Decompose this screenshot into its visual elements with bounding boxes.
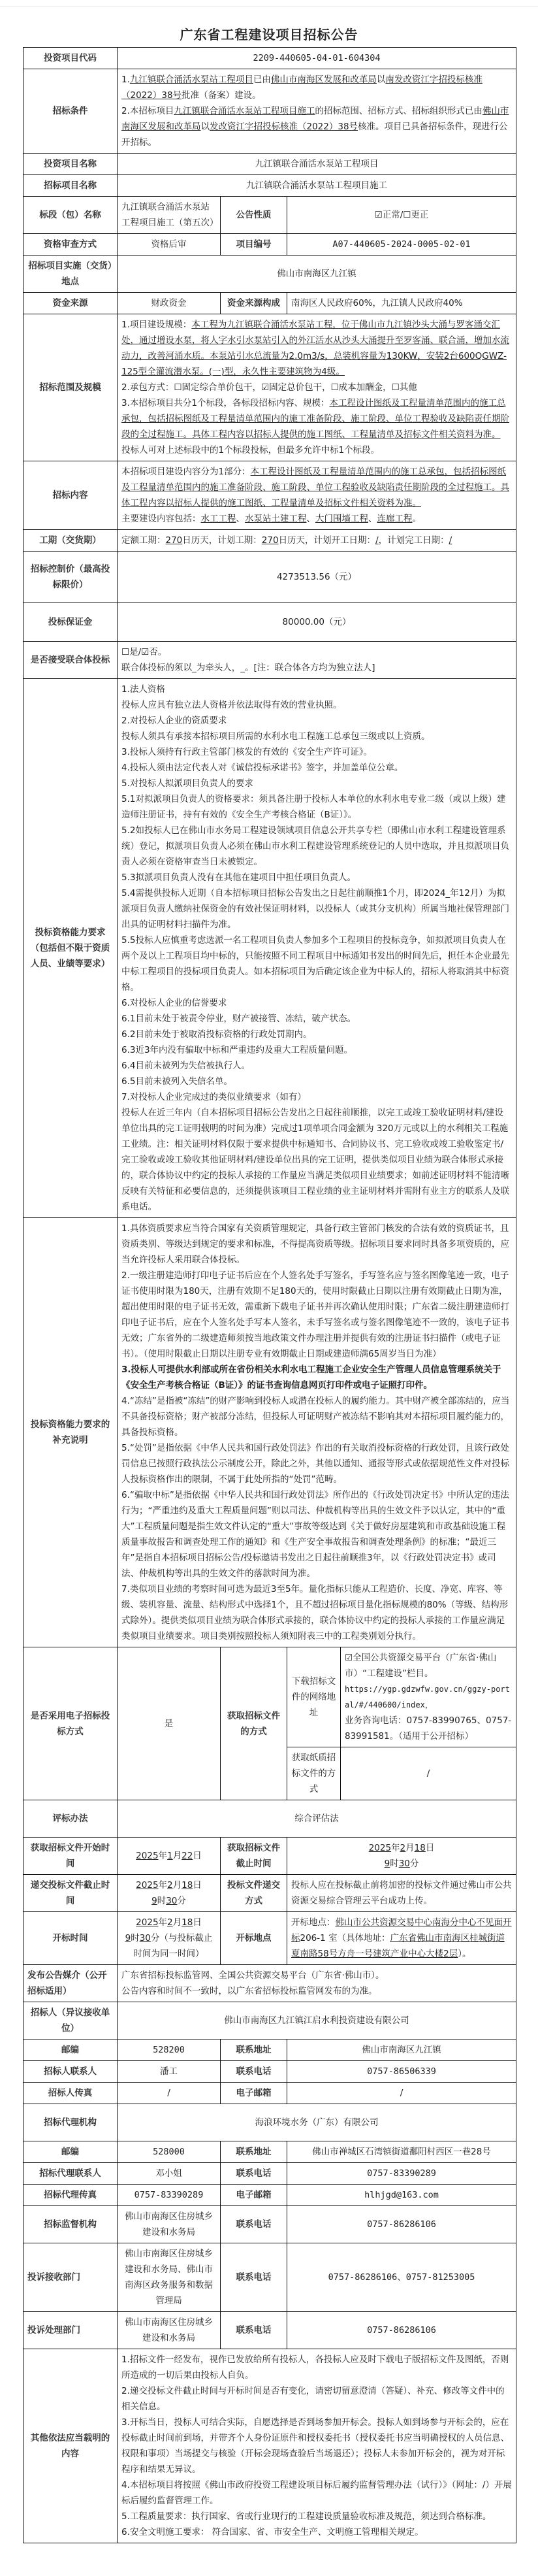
- tenderee-fax: /: [118, 2083, 221, 2104]
- row-other: 其他依法应当载明的内容 1.招标文件一经发布，视作已发放给所有投标人，各投标人应…: [24, 2349, 516, 2543]
- label: 联系地址: [221, 2039, 287, 2061]
- label: 标段（包）名称: [24, 197, 118, 234]
- label: 资金来源构成: [221, 293, 287, 314]
- row-opening: 开标时间 2025年2月18日 9时30分（与投标截止时间为同一时间） 开标地点…: [24, 1912, 516, 1965]
- row-deposit: 投标保证金 80000.00（元）: [24, 603, 516, 642]
- label: 获取纸质招标文件的方式: [287, 1747, 341, 1800]
- row-complaint-receive: 投诉接收部门 佛山市南海区住房城乡建设和水务局、佛山市南海区政务服务和数据管理局…: [24, 2243, 516, 2312]
- row-scope: 招标范围及规模 1.项目建设规模：本工程为九江镇联合涌活水泵站工程，位于佛山市九…: [24, 314, 516, 461]
- label: 邮编: [24, 2141, 118, 2163]
- label: 联系电话: [221, 2206, 287, 2243]
- label: 招标控制价（最高投标限价）: [24, 552, 118, 603]
- agency-phone: 0757-83390289: [287, 2163, 516, 2185]
- agency-address: 佛山市禅城区石湾镇街道鄱阳村西区一巷28号: [287, 2141, 516, 2163]
- label: 招标人传真: [24, 2083, 118, 2104]
- label: 投标资格能力要求（包括但不限于资质人员、业绩等要求）: [24, 679, 118, 1218]
- label: 联系电话: [221, 2061, 287, 2083]
- row-agency-contact-2: 招标代理传真 0757-83390289 电子邮箱 hlhjgd@163.com: [24, 2185, 516, 2206]
- row-evaluation: 评标办法 综合评估法: [24, 1800, 516, 1838]
- label: 项目编号: [221, 234, 287, 256]
- label: 招标代理机构: [24, 2104, 118, 2141]
- row-submit: 递交投标文件截止时间 2025年2月18日 9时30分 投标文件递交方式 投标人…: [24, 1875, 516, 1912]
- label: 下载招标文件的网络地址: [287, 1647, 341, 1747]
- location-value: 佛山市南海区九江镇: [118, 256, 516, 293]
- row-tenderee-contact-1: 招标人联系人 潘工 联系电话 0757-86506339: [24, 2061, 516, 2083]
- label: 招标条件: [24, 69, 118, 154]
- row-tenderee: 招标人（异议接收单位） 佛山市南海区九江镇江启水利投资建设有限公司: [24, 2002, 516, 2039]
- complaint-receive-phone: 0757-86286106、0757-81253005: [287, 2243, 516, 2312]
- funding-composition-value: 南海区人民政府60%，九江镇人民政府40%: [287, 293, 516, 314]
- tenderee-phone: 0757-86506339: [287, 2061, 516, 2083]
- label: 联系电话: [221, 2163, 287, 2185]
- submit-deadline: 2025年2月18日 9时30分: [118, 1875, 221, 1912]
- tender-notice-table: 投资项目代码 2209-440605-04-01-604304 招标条件 1.九…: [23, 47, 516, 2543]
- label: 电子邮箱: [221, 2185, 287, 2206]
- paper-method-value: /: [341, 1747, 516, 1800]
- scope-value: 1.项目建设规模：本工程为九江镇联合涌活水泵站工程，位于佛山市九江镇沙头大涌与罗…: [118, 314, 516, 461]
- row-funding: 资金来源 财政资金 资金来源构成 南海区人民政府60%，九江镇人民政府40%: [24, 293, 516, 314]
- content-value: 本招标项目建设内容分为1部分：本工程设计图纸及工程量清单范围内的施工总承包，包括…: [118, 461, 516, 530]
- row-duration: 工期（交货期） 定额工期：270日历天，计划工期：270日历天，计划开工日期：/…: [24, 530, 516, 552]
- label: 是否接受联合体投标: [24, 642, 118, 679]
- label: 其他依法应当载明的内容: [24, 2349, 118, 2543]
- label: 投标资格能力要求的补充说明: [24, 1218, 118, 1647]
- agency-fax: 0757-83390289: [118, 2185, 221, 2206]
- tenderee-value: 佛山市南海区九江镇江启水利投资建设有限公司: [118, 2002, 516, 2039]
- label: 获取招标文件的方式: [221, 1647, 287, 1800]
- row-tenderee-contact-0: 邮编 528200 联系地址 佛山市南海区九江镇: [24, 2039, 516, 2061]
- row-requirements: 投标资格能力要求（包括但不限于资质人员、业绩等要求） 1.法人资格 投标人应具有…: [24, 679, 516, 1218]
- section-value: 九江镇联合涌活水泵站工程项目施工（第五次）: [118, 197, 221, 234]
- label: 邮编: [24, 2039, 118, 2061]
- label: 招标代理联系人: [24, 2163, 118, 2185]
- tenderee-contact-person: 潘工: [118, 2061, 221, 2083]
- top-divider: [0, 0, 538, 7]
- label: 投资项目代码: [24, 48, 118, 69]
- row-conditions: 招标条件 1.九江镇联合涌活水泵站工程项目已由佛山市南海区发展和改革局以南发改资…: [24, 69, 516, 154]
- row-media: 发布公告媒介（公开招标适用） 广东省招标投标监管网、全国公共资源交易平台（广东省…: [24, 1965, 516, 2002]
- row-consortium: 是否接受联合体投标 ☐是/☑否。 联合体投标的须以_为牵头人，_。[注：联合体各…: [24, 642, 516, 679]
- consortium-checkboxes: ☐是/☑否。: [121, 644, 512, 660]
- label: 评标办法: [24, 1800, 118, 1838]
- tenderee-postcode: 528200: [118, 2039, 221, 2061]
- contract-type-checkboxes: 2.承包方式：☐固定综合单价包干，☑固定总价包干，☐成本加酬金，☐其他: [121, 380, 512, 395]
- label: 是否采用电子招标投标方式: [24, 1647, 118, 1800]
- label: 发布公告媒介（公开招标适用）: [24, 1965, 118, 2002]
- submit-method-value: 投标人应在投标截止前将加密的投标文件通过佛山市公共资源交易综合管理云平台成功上传…: [287, 1875, 516, 1912]
- doc-start-time: 2025年1月22日: [118, 1838, 221, 1875]
- agency-contact-person: 邓小姐: [118, 2163, 221, 2185]
- label: 工期（交货期）: [24, 530, 118, 552]
- label: 招标人联系人: [24, 2061, 118, 2083]
- label: 开标时间: [24, 1912, 118, 1965]
- deposit-value: 80000.00（元）: [118, 603, 516, 642]
- label: 投标文件递交方式: [221, 1875, 287, 1912]
- label: 递交投标文件截止时间: [24, 1875, 118, 1912]
- control-price-value: 4273513.56（元）: [118, 552, 516, 603]
- row-supervision: 招标监督机构 佛山市南海区住房城乡建设和水务局 联系电话 0757-862861…: [24, 2206, 516, 2243]
- complaint-handle-value: 佛山市南海区住房城乡建设和水务局: [118, 2312, 221, 2349]
- row-doc-time: 获取招标文件开始时间 2025年1月22日 获取招标文件截止时间 2025年2月…: [24, 1838, 516, 1875]
- duration-value: 定额工期：270日历天，计划工期：270日历天，计划开工日期：/，计划完工日期：…: [118, 530, 516, 552]
- qualification-value: 资格后审: [118, 234, 221, 256]
- agency-value: 海浪环境水务（广东）有限公司: [118, 2104, 516, 2141]
- download-info: ☑全国公共资源交易平台（广东省·佛山市）“工程建设”栏目。 https://yg…: [341, 1647, 516, 1747]
- requirements-value: 1.法人资格 投标人应具有独立法人资格并依法取得有效的营业执照。 2.对投标人企…: [118, 679, 516, 1218]
- evaluation-value: 综合评估法: [118, 1800, 516, 1838]
- electronic-value: 是: [118, 1647, 221, 1800]
- label: 招标项目名称: [24, 175, 118, 197]
- row-agency-contact-0: 邮编 528000 联系地址 佛山市禅城区石湾镇街道鄱阳村西区一巷28号: [24, 2141, 516, 2163]
- label: 招标范围及规模: [24, 314, 118, 461]
- funding-value: 财政资金: [118, 293, 221, 314]
- complaint-receive-value: 佛山市南海区住房城乡建设和水务局、佛山市南海区政务服务和数据管理局: [118, 2243, 221, 2312]
- agency-email: hlhjgd@163.com: [287, 2185, 516, 2206]
- label: 投资项目名称: [24, 154, 118, 175]
- label: 招标监督机构: [24, 2206, 118, 2243]
- supplement-value: 1.具体资质要求应当符合国家有关资质管理规定，具备行政主管部门核发的合法有效的资…: [118, 1218, 516, 1647]
- agency-postcode: 528000: [118, 2141, 221, 2163]
- opening-place-value: 开标地点：佛山市公共资源交易中心南海分中心不见面开标206-1 室（具体地址：广…: [287, 1912, 516, 1965]
- row-content: 招标内容 本招标项目建设内容分为1部分：本工程设计图纸及工程量清单范围内的施工总…: [24, 461, 516, 530]
- label: 招标代理传真: [24, 2185, 118, 2206]
- row-project-code: 投资项目代码 2209-440605-04-01-604304: [24, 48, 516, 69]
- row-control-price: 招标控制价（最高投标限价） 4273513.56（元）: [24, 552, 516, 603]
- row-supplement: 投标资格能力要求的补充说明 1.具体资质要求应当符合国家有关资质管理规定，具备行…: [24, 1218, 516, 1647]
- label: 公告性质: [221, 197, 287, 234]
- page-title: 广东省工程建设项目招标公告: [0, 24, 538, 43]
- label: 联系电话: [221, 2243, 287, 2312]
- label: 招标项目实施（交货）地点: [24, 256, 118, 293]
- conditions-value: 1.九江镇联合涌活水泵站工程项目已由佛山市南海区发展和改革局以南发改资江字招投标…: [118, 69, 516, 154]
- label: 招标人（异议接收单位）: [24, 2002, 118, 2039]
- label: 投诉处理部门: [24, 2312, 118, 2349]
- row-tender-name: 招标项目名称 九江镇联合涌活水泵站工程项目施工: [24, 175, 516, 197]
- label: 联系电话: [221, 2312, 287, 2349]
- consortium-value: ☐是/☑否。 联合体投标的须以_为牵头人，_。[注：联合体各方均为独立法人]: [118, 642, 516, 679]
- row-complaint-handle: 投诉处理部门 佛山市南海区住房城乡建设和水务局 联系电话 0757-862861…: [24, 2312, 516, 2349]
- label: 资金来源: [24, 293, 118, 314]
- project-number-value: A07-440605-2024-0005-02-01: [287, 234, 516, 256]
- row-agency-contact-1: 招标代理联系人 邓小姐 联系电话 0757-83390289: [24, 2163, 516, 2185]
- tender-name-value: 九江镇联合涌活水泵站工程项目施工: [118, 175, 516, 197]
- label: 电子邮箱: [221, 2083, 287, 2104]
- other-value: 1.招标文件一经发布，视作已发放给所有投标人，各投标人应及时下载电子版招标文件及…: [118, 2349, 516, 2543]
- label: 开标地点: [221, 1912, 287, 1965]
- project-name-value: 九江镇联合涌活水泵站工程项目: [118, 154, 516, 175]
- row-electronic: 是否采用电子招标投标方式 是 获取招标文件的方式 下载招标文件的网络地址 ☑全国…: [24, 1647, 516, 1747]
- label: 投诉接收部门: [24, 2243, 118, 2312]
- label: 获取招标文件截止时间: [221, 1838, 287, 1875]
- download-url-link[interactable]: https://ygp.gdzwfw.gov.cn/ggzy-portal/#/…: [345, 1681, 512, 1713]
- row-qualification: 资格审查方式 资格后审 项目编号 A07-440605-2024-0005-02…: [24, 234, 516, 256]
- label: 投标保证金: [24, 603, 118, 642]
- row-tenderee-contact-2: 招标人传真 / 电子邮箱 /: [24, 2083, 516, 2104]
- complaint-handle-phone: 0757-86286106: [287, 2312, 516, 2349]
- label: 获取招标文件开始时间: [24, 1838, 118, 1875]
- label: 联系地址: [221, 2141, 287, 2163]
- row-agency: 招标代理机构 海浪环境水务（广东）有限公司: [24, 2104, 516, 2141]
- row-location: 招标项目实施（交货）地点 佛山市南海区九江镇: [24, 256, 516, 293]
- project-code-value: 2209-440605-04-01-604304: [118, 48, 516, 69]
- tenderee-address: 佛山市南海区九江镇: [287, 2039, 516, 2061]
- media-value: 广东省招标投标监管网、全国公共资源交易平台（广东省·佛山市）。 公告内容和时间不…: [118, 1965, 516, 2002]
- label: 招标内容: [24, 461, 118, 530]
- row-project-name: 投资项目名称 九江镇联合涌活水泵站工程项目: [24, 154, 516, 175]
- supervision-value: 佛山市南海区住房城乡建设和水务局: [118, 2206, 221, 2243]
- row-section: 标段（包）名称 九江镇联合涌活水泵站工程项目施工（第五次） 公告性质 ☑正常/☐…: [24, 197, 516, 234]
- notice-nature-checkbox: ☑正常/☐更正: [287, 197, 516, 234]
- doc-end-time: 2025年2月18日 9时30分: [287, 1838, 516, 1875]
- tenderee-email: /: [287, 2083, 516, 2104]
- opening-time: 2025年2月18日 9时30分（与投标截止时间为同一时间）: [118, 1912, 221, 1965]
- label: 资格审查方式: [24, 234, 118, 256]
- supervision-phone: 0757-86286106: [287, 2206, 516, 2243]
